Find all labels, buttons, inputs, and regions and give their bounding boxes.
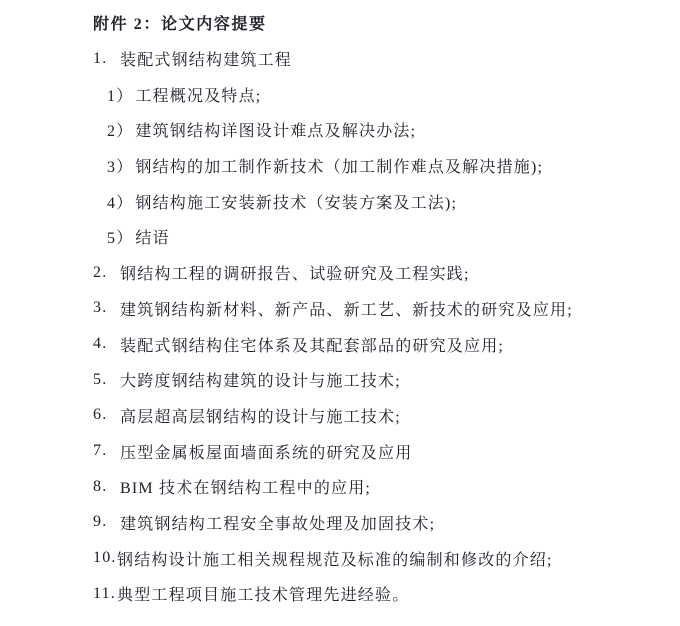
list-item-number: 2） <box>107 118 133 141</box>
list-subitem: 3） 钢结构的加工制作新技术（加工制作难点及解决措施); <box>93 148 660 184</box>
list-item-number: 8. <box>93 478 120 496</box>
list-item-text: 建筑钢结构新材料、新产品、新工艺、新技术的研究及应用; <box>120 297 573 320</box>
list-item-number: 5. <box>93 371 120 389</box>
list-item: 9. 建筑钢结构工程安全事故处理及加固技术; <box>93 505 660 541</box>
list-item-text: 钢结构的加工制作新技术（加工制作难点及解决措施); <box>135 154 543 177</box>
list-subitem: 5） 结语 <box>93 219 660 255</box>
list-item-number: 9. <box>93 513 120 531</box>
list-item-text: 结语 <box>135 225 169 248</box>
list-item-text: BIM 技术在钢结构工程中的应用; <box>120 475 371 498</box>
list-item-text: 建筑钢结构详图设计难点及解决办法; <box>135 118 416 141</box>
document-page: 附件 2：论文内容提要 1. 装配式钢结构建筑工程 1） 工程概况及特点; 2）… <box>0 0 680 626</box>
list-item-text: 钢结构设计施工相关规程规范及标准的编制和修改的介绍; <box>117 547 553 570</box>
list-item-text: 装配式钢结构建筑工程 <box>120 47 292 70</box>
list-item-number: 6. <box>93 406 120 424</box>
list-item-number: 7. <box>93 442 120 460</box>
list-item-number: 5） <box>107 225 133 248</box>
list-item-text: 工程概况及特点; <box>135 83 261 106</box>
page-title-text: 附件 2：论文内容提要 <box>93 11 267 34</box>
list-subitem: 2） 建筑钢结构详图设计难点及解决办法; <box>93 112 660 148</box>
list-item-text: 建筑钢结构工程安全事故处理及加固技术; <box>120 511 435 534</box>
list-item-text: 典型工程项目施工技术管理先进经验。 <box>117 582 409 605</box>
list-item-text: 装配式钢结构住宅体系及其配套部品的研究及应用; <box>120 333 504 356</box>
list-item-text: 大跨度钢结构建筑的设计与施工技术; <box>120 368 401 391</box>
list-item: 5. 大跨度钢结构建筑的设计与施工技术; <box>93 362 660 398</box>
list-item-number: 1） <box>107 83 133 106</box>
list-subitem: 1） 工程概况及特点; <box>93 76 660 112</box>
list-item-text: 压型金属板屋面墙面系统的研究及应用 <box>120 440 412 463</box>
list-item-number: 3） <box>107 154 133 177</box>
list-item: 8. BIM 技术在钢结构工程中的应用; <box>93 469 660 505</box>
list-item: 1. 装配式钢结构建筑工程 <box>93 41 660 77</box>
list-item: 11. 典型工程项目施工技术管理先进经验。 <box>93 576 660 612</box>
page-title: 附件 2：论文内容提要 <box>93 5 660 41</box>
list-item-number: 2. <box>93 264 120 282</box>
list-item-number: 1. <box>93 50 120 68</box>
list-item: 3. 建筑钢结构新材料、新产品、新工艺、新技术的研究及应用; <box>93 291 660 327</box>
list-item-text: 高层超高层钢结构的设计与施工技术; <box>120 404 401 427</box>
list-item-number: 4） <box>107 190 133 213</box>
list-item: 10. 钢结构设计施工相关规程规范及标准的编制和修改的介绍; <box>93 540 660 576</box>
list-item: 6. 高层超高层钢结构的设计与施工技术; <box>93 398 660 434</box>
list-item-number: 10. <box>93 549 117 567</box>
list-item-number: 4. <box>93 335 120 353</box>
list-item: 7. 压型金属板屋面墙面系统的研究及应用 <box>93 433 660 469</box>
list-subitem: 4） 钢结构施工安装新技术（安装方案及工法); <box>93 183 660 219</box>
list-item-text: 钢结构施工安装新技术（安装方案及工法); <box>135 190 457 213</box>
list-item: 4. 装配式钢结构住宅体系及其配套部品的研究及应用; <box>93 326 660 362</box>
list-item-number: 3. <box>93 299 120 317</box>
list-item-number: 11. <box>93 585 117 603</box>
list-item: 2. 钢结构工程的调研报告、试验研究及工程实践; <box>93 255 660 291</box>
list-item-text: 钢结构工程的调研报告、试验研究及工程实践; <box>120 261 470 284</box>
